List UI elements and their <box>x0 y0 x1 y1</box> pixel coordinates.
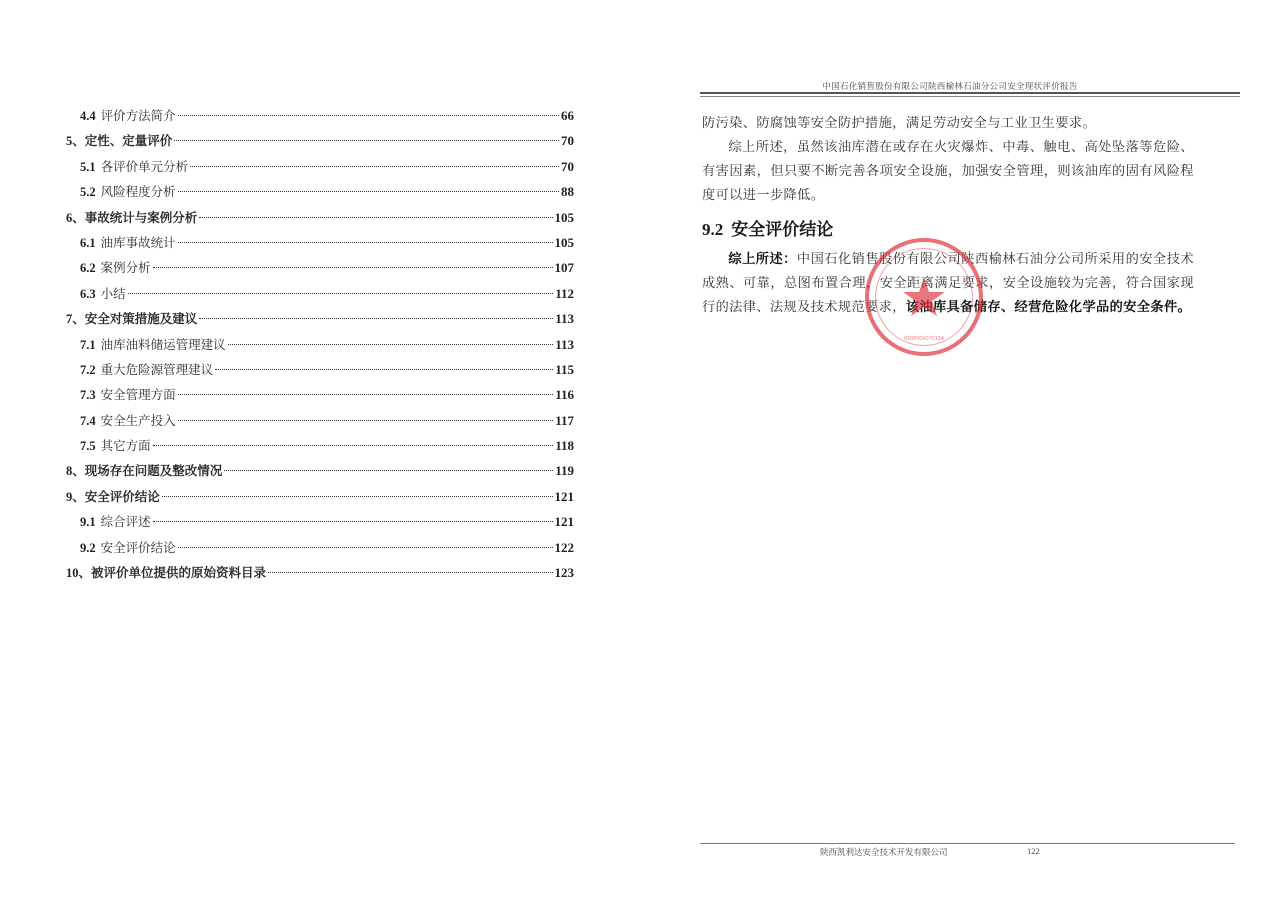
footer-rule <box>700 843 1235 844</box>
toc-entry-title: 评价方法简介 <box>101 103 176 128</box>
toc-leader-dots <box>178 420 554 421</box>
toc-entry[interactable]: 4.4评价方法简介66 <box>66 103 574 128</box>
toc-entry-page: 118 <box>555 433 574 458</box>
toc-entry-page: 119 <box>555 458 574 483</box>
toc-leader-dots <box>153 267 553 268</box>
toc-entry-number: 7.2 <box>80 358 96 383</box>
toc-entry-title: 风险程度分析 <box>101 179 176 204</box>
toc-entry-number: 6.2 <box>80 256 96 281</box>
toc-entry-number: 7.5 <box>80 434 96 459</box>
toc-entry-title: 安全评价结论 <box>85 484 160 509</box>
toc-entry-number: 7.3 <box>80 383 96 408</box>
toc-leader-dots <box>199 217 552 218</box>
toc-entry-page: 116 <box>555 382 574 407</box>
report-page: 中国石化销售股份有限公司陕西榆林石油分公司安全现状评价报告 防污染、防腐蚀等安全… <box>655 0 1287 910</box>
toc-entry-number: 9.1 <box>80 510 96 535</box>
toc-entry[interactable]: 6、事故统计与案例分析105 <box>66 205 574 230</box>
toc-entry[interactable]: 6.2案例分析107 <box>66 255 574 280</box>
page-number: 122 <box>1027 846 1040 856</box>
toc-leader-dots <box>228 344 554 345</box>
toc-leader-dots <box>174 140 559 141</box>
toc-leader-dots <box>178 547 553 548</box>
toc-leader-dots <box>268 572 552 573</box>
toc-entry-number: 5.2 <box>80 180 96 205</box>
footer-company: 陕西凯利达安全技术开发有限公司 <box>820 846 948 858</box>
toc-entry-number: 9、 <box>66 485 85 510</box>
toc-entry-page: 70 <box>561 154 574 179</box>
toc-entry-page: 70 <box>561 128 574 153</box>
toc-entry[interactable]: 5.2风险程度分析88 <box>66 179 574 204</box>
section-title: 安全评价结论 <box>731 220 833 240</box>
toc-entry[interactable]: 9.2安全评价结论122 <box>66 535 574 560</box>
paragraph-conclusion: 综上所述：中国石化销售股份有限公司陕西榆林石油分公司所采用的安全技术成熟、可靠，… <box>702 248 1194 320</box>
toc-entry-title: 小结 <box>101 281 126 306</box>
toc-entry-title: 油库油料储运管理建议 <box>101 332 226 357</box>
header-rule <box>700 92 1240 97</box>
paragraph-protection: 防污染、防腐蚀等安全防护措施，满足劳动安全与工业卫生要求。 <box>702 112 1194 136</box>
toc-entry-number: 5.1 <box>80 155 96 180</box>
conclusion-lead: 综上所述： <box>728 252 797 267</box>
toc-entry-page: 112 <box>555 281 574 306</box>
toc-entry-title: 安全管理方面 <box>101 382 176 407</box>
toc-entry[interactable]: 7.1油库油料储运管理建议113 <box>66 332 574 357</box>
toc-entry-number: 6.1 <box>80 231 96 256</box>
toc-entry-number: 7.4 <box>80 409 96 434</box>
toc-entry-title: 综合评述 <box>101 509 151 534</box>
toc-entry-number: 4.4 <box>80 104 96 129</box>
toc-entry-title: 重大危险源管理建议 <box>101 357 214 382</box>
svg-text:6108006070134: 6108006070134 <box>904 336 944 342</box>
document-spread: 4.4评价方法简介665、定性、定量评价705.1各评价单元分析705.2风险程… <box>0 0 1287 910</box>
toc-entry-page: 115 <box>555 357 574 382</box>
toc-entry-title: 事故统计与案例分析 <box>85 205 198 230</box>
toc-entry-page: 123 <box>555 560 575 585</box>
toc-entry-number: 10、 <box>66 561 91 586</box>
toc-entry-number: 7、 <box>66 307 85 332</box>
toc-entry-title: 现场存在问题及整改情况 <box>85 458 223 483</box>
toc-entry-page: 66 <box>561 103 574 128</box>
toc-entry[interactable]: 6.1油库事故统计105 <box>66 230 574 255</box>
toc-list: 4.4评价方法简介665、定性、定量评价705.1各评价单元分析705.2风险程… <box>66 103 574 585</box>
toc-leader-dots <box>162 496 553 497</box>
toc-entry-number: 9.2 <box>80 536 96 561</box>
running-header: 中国石化销售股份有限公司陕西榆林石油分公司安全现状评价报告 <box>655 80 1245 92</box>
toc-leader-dots <box>190 166 559 167</box>
report-body: 防污染、防腐蚀等安全防护措施，满足劳动安全与工业卫生要求。 综上所述，虽然该油库… <box>702 112 1194 320</box>
toc-entry[interactable]: 9、安全评价结论121 <box>66 484 574 509</box>
toc-entry-page: 113 <box>555 332 574 357</box>
toc-leader-dots <box>178 242 553 243</box>
toc-entry-title: 被评价单位提供的原始资料目录 <box>91 560 266 585</box>
toc-leader-dots <box>153 521 553 522</box>
toc-entry-page: 121 <box>555 509 575 534</box>
toc-entry-page: 122 <box>555 535 575 560</box>
toc-entry[interactable]: 10、被评价单位提供的原始资料目录123 <box>66 560 574 585</box>
toc-entry[interactable]: 6.3小结112 <box>66 281 574 306</box>
toc-leader-dots <box>128 293 554 294</box>
toc-entry-number: 8、 <box>66 459 85 484</box>
toc-entry[interactable]: 7.3安全管理方面116 <box>66 382 574 407</box>
toc-entry-title: 安全评价结论 <box>101 535 176 560</box>
toc-leader-dots <box>178 115 559 116</box>
conclusion-statement: 该油库具备储存、经营危险化学品的安全条件。 <box>906 300 1191 315</box>
toc-entry-page: 117 <box>555 408 574 433</box>
toc-leader-dots <box>153 445 554 446</box>
toc-entry-page: 107 <box>555 255 575 280</box>
toc-entry-number: 5、 <box>66 129 85 154</box>
toc-entry[interactable]: 8、现场存在问题及整改情况119 <box>66 458 574 483</box>
toc-entry[interactable]: 7.5其它方面118 <box>66 433 574 458</box>
toc-entry[interactable]: 9.1综合评述121 <box>66 509 574 534</box>
toc-entry-page: 88 <box>561 179 574 204</box>
section-heading: 9.2安全评价结论 <box>702 216 1194 244</box>
toc-entry-page: 113 <box>555 306 574 331</box>
toc-entry-page: 105 <box>555 230 575 255</box>
toc-entry-page: 105 <box>555 205 575 230</box>
toc-entry-number: 7.1 <box>80 333 96 358</box>
toc-leader-dots <box>178 394 554 395</box>
toc-entry[interactable]: 7.2重大危险源管理建议115 <box>66 357 574 382</box>
section-number: 9.2 <box>702 220 723 239</box>
paragraph-summary: 综上所述，虽然该油库潜在或存在火灾爆炸、中毒、触电、高处坠落等危险、有害因素，但… <box>702 136 1194 208</box>
toc-leader-dots <box>178 191 559 192</box>
toc-page: 4.4评价方法简介665、定性、定量评价705.1各评价单元分析705.2风险程… <box>0 0 640 910</box>
toc-entry-title: 安全生产投入 <box>101 408 176 433</box>
toc-entry-number: 6.3 <box>80 282 96 307</box>
toc-entry-title: 安全对策措施及建议 <box>85 306 198 331</box>
toc-entry[interactable]: 7、安全对策措施及建议113 <box>66 306 574 331</box>
toc-entry[interactable]: 5、定性、定量评价70 <box>66 128 574 153</box>
toc-entry-title: 定性、定量评价 <box>85 128 173 153</box>
toc-entry-title: 其它方面 <box>101 433 151 458</box>
toc-entry[interactable]: 5.1各评价单元分析70 <box>66 154 574 179</box>
toc-entry-page: 121 <box>555 484 575 509</box>
toc-leader-dots <box>215 369 553 370</box>
toc-entry-title: 案例分析 <box>101 255 151 280</box>
toc-entry-title: 各评价单元分析 <box>101 154 189 179</box>
toc-leader-dots <box>224 470 553 471</box>
toc-entry-number: 6、 <box>66 206 85 231</box>
toc-entry-title: 油库事故统计 <box>101 230 176 255</box>
toc-leader-dots <box>199 318 553 319</box>
toc-entry[interactable]: 7.4安全生产投入117 <box>66 408 574 433</box>
